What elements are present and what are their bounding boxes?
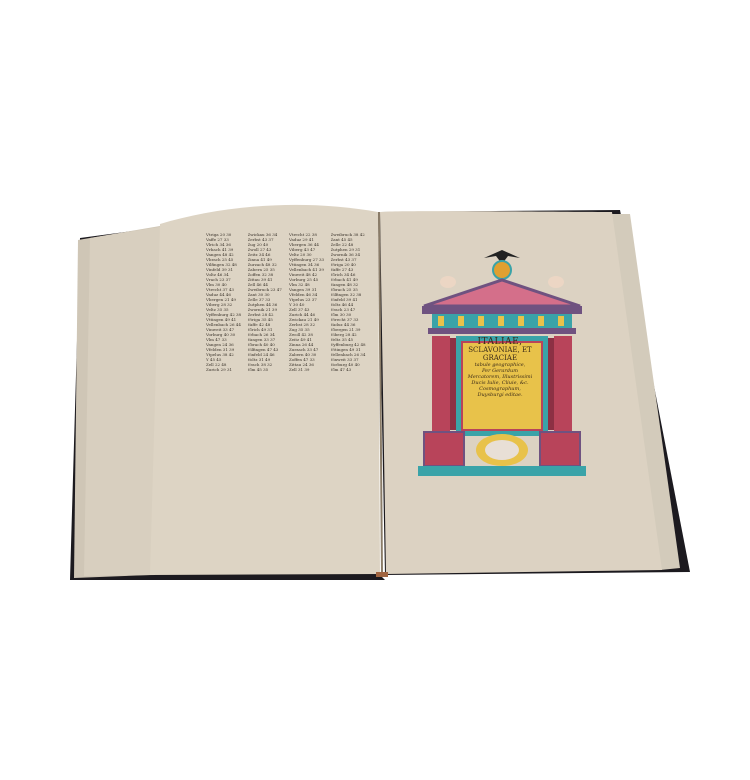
index-entry: Zurich 29 31: [206, 367, 242, 372]
index-entry: Vlm 47 43: [331, 367, 367, 372]
index-entry: Vlm 45 35: [248, 367, 284, 372]
frontispiece-title: ITALIAE, SCLAVONIAE, ET GRACIAE tabule g…: [462, 338, 538, 398]
place-name-index: Vtriga 20 30Vaffe 27 33Vlrich 34 36Vrbac…: [206, 232, 366, 382]
title-line-3: GRACIAE: [462, 354, 538, 362]
book-photo: Vtriga 20 30Vaffe 27 33Vlrich 34 36Vrbac…: [0, 0, 750, 780]
book-shape: [0, 0, 750, 780]
subtitle-line-6: Duysburgi editae.: [462, 392, 538, 398]
index-entry: Zell 31 39: [289, 367, 325, 372]
title-line-2: SCLAVONIAE, ET: [462, 346, 538, 354]
title-line-1: ITALIAE,: [462, 338, 538, 346]
